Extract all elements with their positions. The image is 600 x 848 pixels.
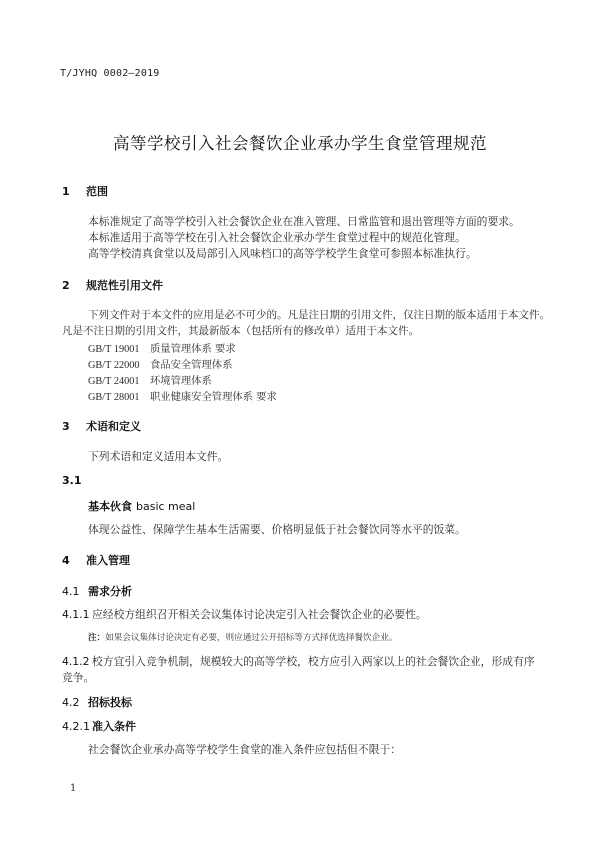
document-title: 高等学校引入社会餐饮企业承办学生食堂管理规范 bbox=[0, 130, 600, 154]
paragraph: 下列文件对于本文件的应用是必不可少的。凡是注日期的引用文件，仅注日期的版本适用于… bbox=[88, 307, 550, 322]
section-title: 规范性引用文件 bbox=[86, 279, 163, 292]
subsection-4-2-1-heading: 4.2.1准入条件 bbox=[62, 718, 136, 734]
note-label: 注： bbox=[88, 633, 105, 643]
paragraph: 本标准规定了高等学校引入社会餐饮企业在准入管理、日常监管和退出管理等方面的要求。 bbox=[88, 214, 520, 229]
section-title: 术语和定义 bbox=[86, 420, 141, 433]
reference-title: 质量管理体系 要求 bbox=[150, 343, 236, 355]
reference-code: GB/T 24001 bbox=[88, 376, 150, 387]
clause-4-1-1: 4.1.1应经校方组织召开相关会议集体讨论决定引入社会餐饮企业的必要性。 bbox=[62, 607, 427, 622]
subsection-title: 准入条件 bbox=[92, 720, 136, 733]
page-number: 1 bbox=[70, 783, 76, 794]
subsection-4-1-heading: 4.1需求分析 bbox=[62, 583, 132, 599]
clause-4-1-2: 4.1.2校方宜引入竞争机制，规模较大的高等学校，校方应引入两家以上的社会餐饮企… bbox=[62, 654, 535, 669]
section-number: 1 bbox=[62, 185, 86, 198]
standard-code: T/JYHQ 0002—2019 bbox=[60, 68, 160, 79]
clause-text: 校方宜引入竞争机制，规模较大的高等学校，校方应引入两家以上的社会餐饮企业，形成有… bbox=[92, 655, 535, 668]
reference-title: 职业健康安全管理体系 要求 bbox=[150, 391, 277, 403]
section-title: 准入管理 bbox=[86, 554, 130, 567]
subsection-4-2-heading: 4.2招标投标 bbox=[62, 694, 132, 710]
term-number: 3.1 bbox=[62, 474, 82, 487]
reference-item: GB/T 22000食品安全管理体系 bbox=[88, 356, 232, 371]
reference-item: GB/T 24001环境管理体系 bbox=[88, 372, 212, 387]
reference-code: GB/T 28001 bbox=[88, 392, 150, 403]
section-4-heading: 4准入管理 bbox=[62, 552, 130, 568]
paragraph: 凡是不注日期的引用文件，其最新版本（包括所有的修改单）适用于本文件。 bbox=[62, 323, 419, 338]
term-en: basic meal bbox=[136, 500, 195, 513]
paragraph: 社会餐饮企业承办高等学校学生食堂的准入条件应包括但不限于： bbox=[88, 742, 401, 757]
clause-number: 4.1.2 bbox=[62, 655, 92, 668]
term-definition: 体现公益性、保障学生基本生活需要、价格明显低于社会餐饮同等水平的饭菜。 bbox=[88, 522, 466, 537]
subsection-number: 4.1 bbox=[62, 585, 88, 598]
reference-title: 食品安全管理体系 bbox=[150, 359, 232, 371]
reference-code: GB/T 22000 bbox=[88, 360, 150, 371]
paragraph: 高等学校清真食堂以及局部引入风味档口的高等学校学生食堂可参照本标准执行。 bbox=[88, 246, 477, 261]
section-number: 3 bbox=[62, 420, 86, 433]
subsection-number: 4.2 bbox=[62, 696, 88, 709]
clause-number: 4.1.1 bbox=[62, 608, 92, 621]
section-3-heading: 3术语和定义 bbox=[62, 418, 141, 434]
reference-code: GB/T 19001 bbox=[88, 344, 150, 355]
section-number: 2 bbox=[62, 279, 86, 292]
reference-item: GB/T 19001质量管理体系 要求 bbox=[88, 340, 236, 355]
reference-item: GB/T 28001职业健康安全管理体系 要求 bbox=[88, 388, 277, 403]
subsection-title: 招标投标 bbox=[88, 696, 132, 709]
section-number: 4 bbox=[62, 554, 86, 567]
paragraph: 下列术语和定义适用本文件。 bbox=[88, 449, 228, 464]
subsection-title: 需求分析 bbox=[88, 585, 132, 598]
section-1-heading: 1范围 bbox=[62, 183, 108, 199]
section-title: 范围 bbox=[86, 185, 108, 198]
term-heading: 基本伙食basic meal bbox=[88, 498, 195, 514]
section-2-heading: 2规范性引用文件 bbox=[62, 277, 163, 293]
paragraph: 本标准适用于高等学校在引入社会餐饮企业承办学生食堂过程中的规范化管理。 bbox=[88, 230, 466, 245]
clause-continuation: 竞争。 bbox=[62, 670, 94, 685]
subsection-number: 4.2.1 bbox=[62, 720, 92, 733]
term-cn: 基本伙食 bbox=[88, 500, 132, 513]
reference-title: 环境管理体系 bbox=[150, 375, 212, 387]
note: 注：如果会议集体讨论决定有必要，则应通过公开招标等方式择优选择餐饮企业。 bbox=[88, 631, 397, 643]
clause-text: 应经校方组织召开相关会议集体讨论决定引入社会餐饮企业的必要性。 bbox=[92, 608, 427, 621]
note-text: 如果会议集体讨论决定有必要，则应通过公开招标等方式择优选择餐饮企业。 bbox=[105, 633, 397, 643]
